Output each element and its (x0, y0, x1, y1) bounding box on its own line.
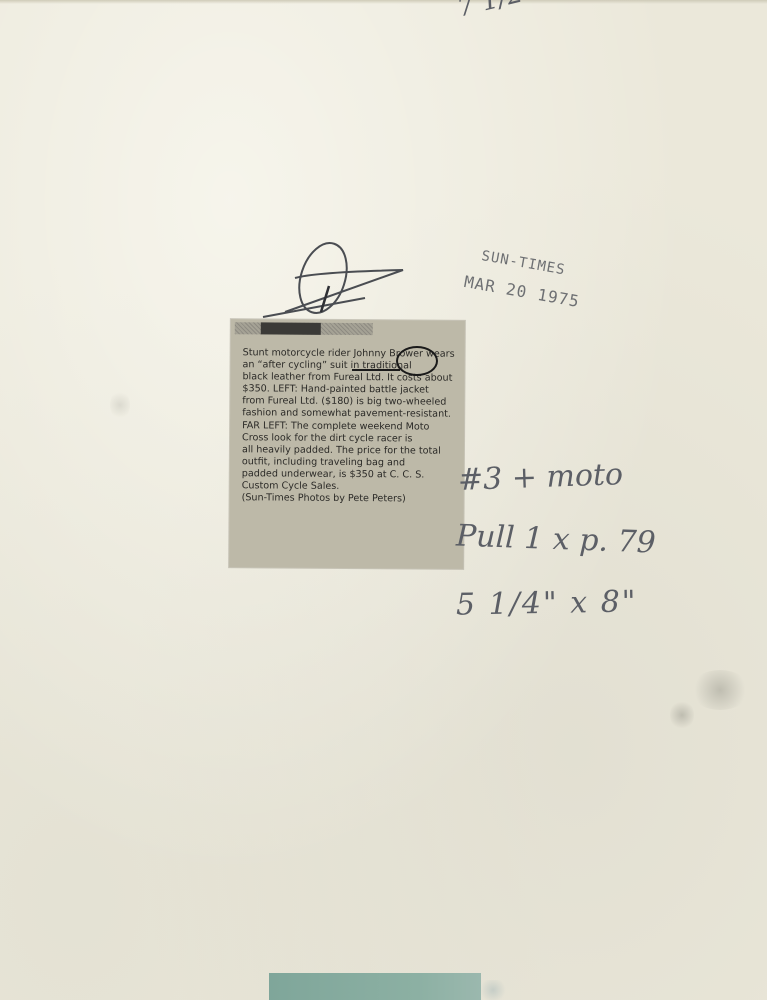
caption-text: Stunt motorcycle rider Johnny Brower wea… (242, 347, 465, 506)
newspaper-caption-clipping: Stunt motorcycle rider Johnny Brower wea… (229, 319, 465, 569)
smudge-mark (110, 390, 130, 420)
clipping-dark-band (261, 322, 321, 334)
smudge-mark (670, 700, 694, 730)
handwritten-note-file: #3 + moto (457, 457, 623, 498)
pencil-scribble-mark (255, 240, 425, 330)
photo-bleed-fade (478, 980, 508, 1000)
photo-bleed-edge (269, 973, 481, 1000)
smudge-mark (690, 670, 750, 710)
caption-line: FAR LEFT: The complete weekend Moto (242, 420, 464, 434)
handwritten-note-size: 5 1/4" x 8" (456, 584, 638, 622)
caption-line: (Sun-Times Photos by Pete Peters) (242, 492, 464, 506)
caption-line: fashion and somewhat pavement-resistant. (242, 408, 464, 422)
handwritten-note-pull: Pull 1 x p. 79 (455, 519, 656, 561)
ink-underline-name (352, 369, 400, 371)
paper-top-edge (0, 0, 767, 4)
